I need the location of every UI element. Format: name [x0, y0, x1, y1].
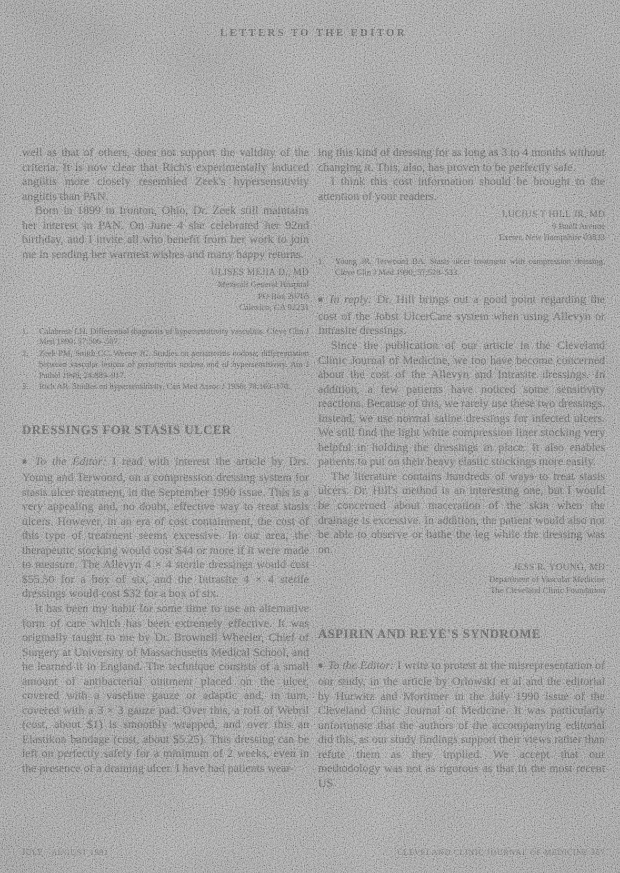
- reply-paragraph: The literature contains hundreds of ways…: [318, 469, 605, 556]
- reference-number: 3.: [22, 382, 31, 393]
- signature-block: LUCIUS T HILL JR, MD 9 Buell Avenue Exet…: [318, 209, 605, 244]
- page-content: LETTERS TO THE EDITOR well as that of ot…: [0, 0, 620, 873]
- footer-issue-date: JULY · AUGUST 1991: [22, 848, 109, 857]
- square-bullet-icon: ■: [22, 457, 30, 466]
- reference-number: 2.: [22, 349, 31, 381]
- signature-name: LUCIUS T HILL JR, MD: [318, 209, 605, 221]
- reference-text: Calabrese LH. Differential diagnosis of …: [39, 327, 309, 348]
- letter-opening-paragraph: ■To the Editor: I write to protest at th…: [318, 658, 605, 791]
- signature-address: 9 Buell Avenue: [318, 221, 605, 233]
- letter-paragraph: I think this cost information should be …: [318, 174, 605, 203]
- signature-name: ULISES MEJIA D., MD: [22, 267, 309, 279]
- section-heading-dressings: DRESSINGS FOR STASIS ULCER: [22, 423, 309, 438]
- footer-journal-name-page: CLEVELAND CLINIC JOURNAL OF MEDICINE 367: [397, 848, 605, 857]
- reference-text: Zeek PM, Smith CC, Weeter JC. Studies on…: [39, 349, 309, 381]
- reference-text: Rich AR. Studies on hypersensitivity. Ca…: [39, 382, 309, 393]
- letter-lead-in: To the Editor:: [35, 454, 107, 468]
- reference-item: 3. Rich AR. Studies on hypersensitivity.…: [22, 382, 309, 393]
- reference-list: 1. Young JR, Terwoord BA. Stasis ulcer t…: [318, 257, 605, 278]
- letter-paragraph: Born in 1899 in Ironton, Ohio, Dr. Zeek …: [22, 203, 309, 261]
- letter-body-text: I read with interest the article by Drs.…: [22, 454, 309, 601]
- signature-block: JESS R. YOUNG, MD Department of Vascular…: [318, 562, 605, 597]
- section-heading-aspirin: ASPIRIN AND REYE'S SYNDROME: [318, 627, 605, 642]
- letter-continuation-paragraph: well as that of others, does not support…: [22, 145, 309, 203]
- signature-name: JESS R. YOUNG, MD: [318, 562, 605, 574]
- reply-lead-in: In reply:: [330, 292, 372, 306]
- left-column: well as that of others, does not support…: [22, 145, 309, 790]
- square-bullet-icon: ■: [318, 661, 323, 670]
- signature-city: Exeter, New Hampshire 03833: [318, 232, 605, 244]
- reference-list: 1. Calabrese LH. Differential diagnosis …: [22, 327, 309, 393]
- square-bullet-icon: ■: [318, 295, 325, 304]
- letter-paragraph: It has been my habit for some time to us…: [22, 601, 309, 776]
- signature-department: Department of Vascular Medicine: [318, 574, 605, 586]
- reference-item: 1. Calabrese LH. Differential diagnosis …: [22, 327, 309, 348]
- reference-text: Young JR, Terwoord BA. Stasis ulcer trea…: [335, 257, 605, 278]
- signature-city: Calexico, CA 92231: [22, 302, 309, 314]
- scanned-journal-page: LETTERS TO THE EDITOR well as that of ot…: [0, 0, 620, 873]
- page-header-title: LETTERS TO THE EDITOR: [22, 28, 605, 39]
- right-column: ing this kind of dressing for as long as…: [318, 145, 605, 790]
- letter-opening-paragraph: ■To the Editor: I read with interest the…: [22, 454, 309, 601]
- signature-address: PO Box 20765: [22, 291, 309, 303]
- letter-continuation-paragraph: ing this kind of dressing for as long as…: [318, 145, 605, 174]
- reference-number: 1.: [318, 257, 327, 278]
- two-column-layout: well as that of others, does not support…: [22, 145, 605, 790]
- letter-lead-in: To the Editor:: [328, 658, 394, 672]
- signature-block: ULISES MEJIA D., MD Mexicali General Hos…: [22, 267, 309, 313]
- reference-item: 1. Young JR, Terwoord BA. Stasis ulcer t…: [318, 257, 605, 278]
- letter-body-text: I write to protest at the misrepresentat…: [318, 658, 605, 790]
- reply-paragraph: Since the publication of our article in …: [318, 338, 605, 469]
- signature-institution: The Cleveland Clinic Foundation: [318, 585, 605, 597]
- reply-opening-paragraph: ■In reply: Dr. Hill brings out a good po…: [318, 292, 605, 338]
- reference-item: 2. Zeek PM, Smith CC, Weeter JC. Studies…: [22, 349, 309, 381]
- reference-number: 1.: [22, 327, 31, 348]
- signature-affiliation: Mexicali General Hospital: [22, 279, 309, 291]
- page-footer: JULY · AUGUST 1991 CLEVELAND CLINIC JOUR…: [22, 848, 605, 857]
